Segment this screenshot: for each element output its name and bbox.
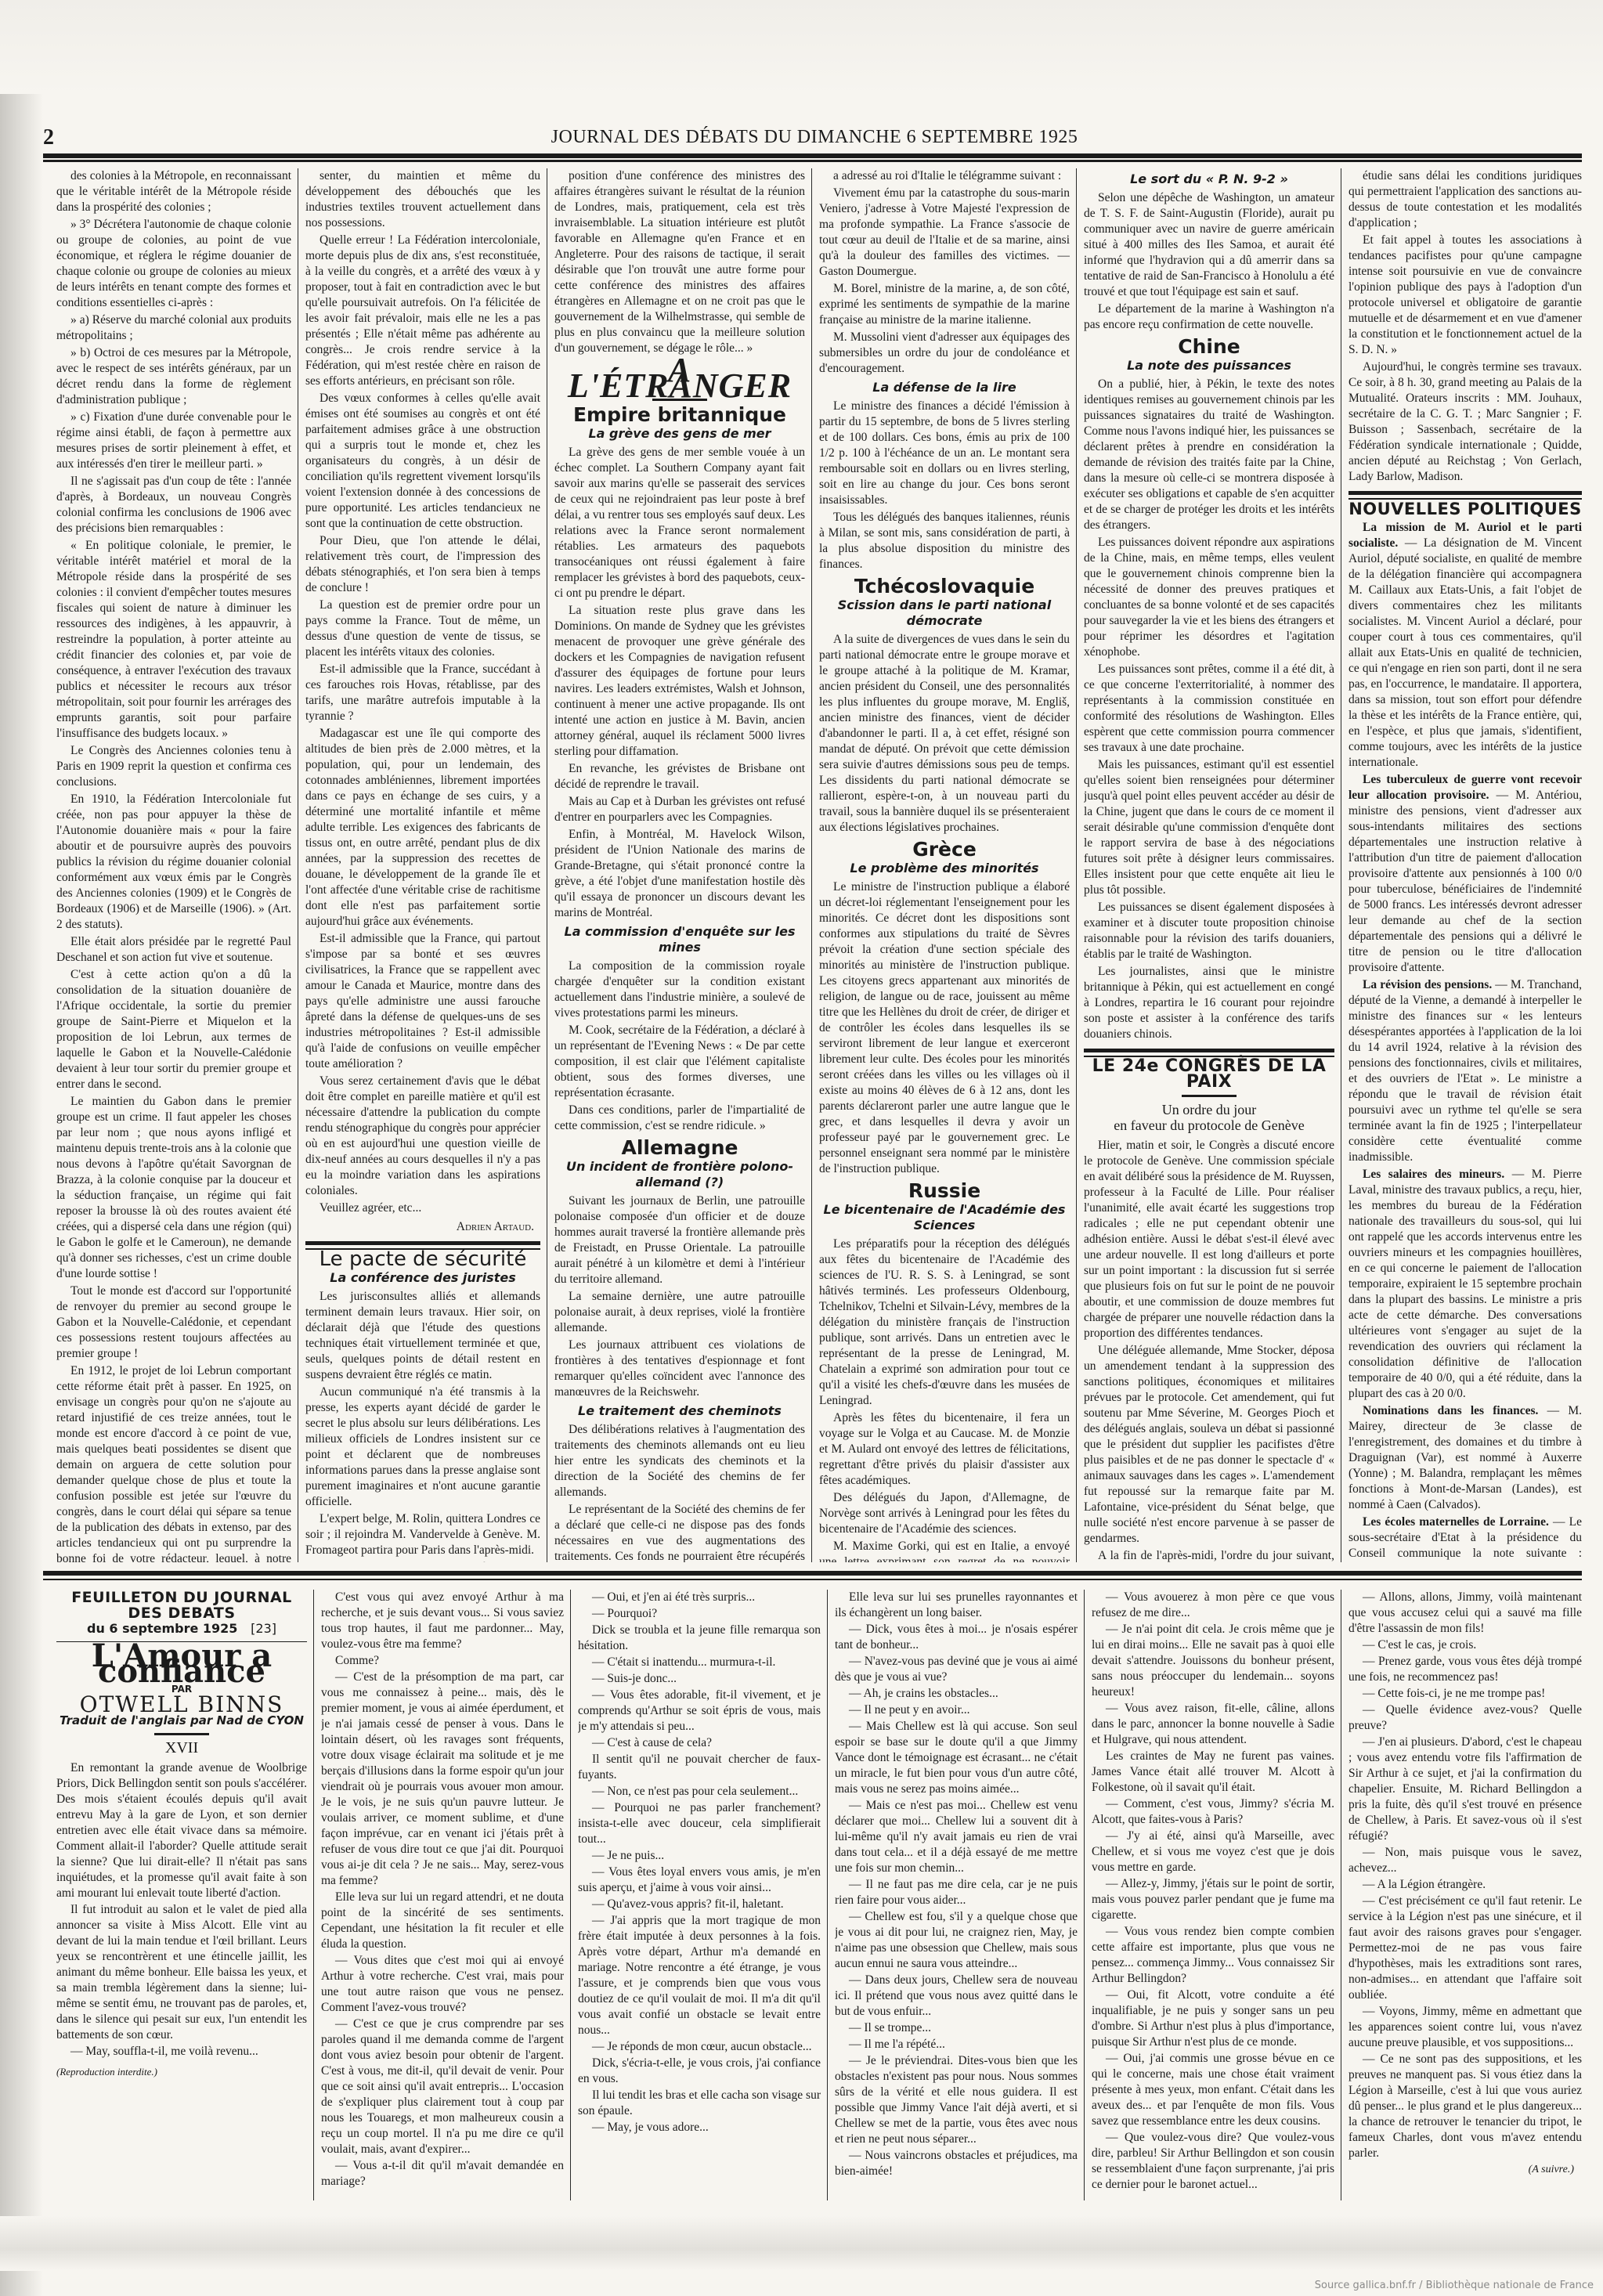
column-3: position d'une conférence des ministres … xyxy=(554,168,805,1562)
article-subtitle: Le bicentenaire de l'Académie des Scienc… xyxy=(819,1202,1070,1233)
article-subtitle: La grève des gens de mer xyxy=(554,426,805,442)
paragraph: Hier, matin et soir, le Congrès a discut… xyxy=(1084,1138,1334,1341)
paragraph: Des vœux conformes à celles qu'elle avai… xyxy=(305,391,540,532)
paragraph: La question est de premier ordre pour un… xyxy=(305,597,540,660)
paragraph: — Vous êtes loyal envers vous amis, je m… xyxy=(578,1865,821,1896)
column-divider xyxy=(547,168,547,1562)
paragraph: Après les fêtes du bicentenaire, il fera… xyxy=(819,1410,1070,1489)
article-subtitle: La commission d'enquête sur les mines xyxy=(554,924,805,955)
paragraph: — Mais Chellew est là qui accuse. Son se… xyxy=(835,1719,1078,1797)
feuilleton-column-1: FEUILLETON DU JOURNAL DES DEBATS du 6 se… xyxy=(56,1590,307,2200)
paragraph: Les craintes de May ne furent pas vaines… xyxy=(1092,1749,1334,1796)
paragraph: Il sentit qu'il ne pouvait chercher de f… xyxy=(578,1752,821,1783)
paragraph: C'est vous qui avez envoyé Arthur à ma r… xyxy=(321,1590,564,1652)
column-divider xyxy=(1084,1590,1085,2200)
section-title-nouvelles-politiques: NOUVELLES POLITIQUES xyxy=(1348,501,1582,517)
source-credit: Source gallica.bnf.fr / Bibliothèque nat… xyxy=(1315,2280,1594,2291)
paragraph: L'expert belge, M. Rolin, quittera Londr… xyxy=(305,1511,540,1558)
paragraph: — Vous a-t-il dit qu'il m'avait demandée… xyxy=(321,2158,564,2190)
paragraph: Des délibérations relatives à l'augmenta… xyxy=(554,1422,805,1500)
news-item-title: Les écoles maternelles de Lorraine. xyxy=(1363,1515,1549,1529)
paragraph: M. Cook, secrétaire de la Fédération, a … xyxy=(554,1023,805,1101)
article-subtitle: Scission dans le parti national démocrat… xyxy=(819,597,1070,629)
paragraph: En revanche, les grévistes de Brisbane o… xyxy=(554,761,805,792)
news-item-text: — M. Pierre Laval, ministre des travaux … xyxy=(1348,1168,1582,1400)
paragraph: — C'est précisément ce qu'il faut reteni… xyxy=(1348,1893,1582,2003)
paragraph: — C'était si inattendu... murmura-t-il. xyxy=(578,1655,821,1670)
paragraph: — Allez-y, Jimmy, j'étais sur le point d… xyxy=(1092,1876,1334,1923)
paragraph: Les puissances doivent répondre aux aspi… xyxy=(1084,535,1334,660)
news-item-text: — M. Tranchand, député de la Vienne, a d… xyxy=(1348,978,1582,1164)
novel-translator: Traduit de l'anglais par Nad de CYON xyxy=(56,1713,307,1728)
paragraph: — Vous avouerez à mon père ce que vous r… xyxy=(1092,1590,1334,1621)
paragraph: En 1912, le projet de loi Lebrun comport… xyxy=(56,1363,291,1562)
paragraph: — Que voulez-vous dire? Que voulez-vous … xyxy=(1092,2130,1334,2193)
congres-subtitle-2: en faveur du protocole de Genève xyxy=(1084,1117,1334,1133)
column-1: des colonies à la Métropole, en reconnai… xyxy=(56,168,291,1562)
article-subtitle: La note des puissances xyxy=(1084,358,1334,374)
news-item-title: Nominations dans les finances. xyxy=(1363,1404,1538,1417)
paragraph: Dick se troubla et la jeune fille remarq… xyxy=(578,1623,821,1654)
feuilleton-column-6: — Allons, allons, Jimmy, voilà maintenan… xyxy=(1348,1590,1582,2200)
paragraph: » c) Fixation d'une durée convenable pou… xyxy=(56,410,291,472)
novel-title: L'Amour a confiance xyxy=(56,1648,307,1680)
paragraph: Quelle erreur ! La Fédération intercolon… xyxy=(305,233,540,389)
congres-subtitle-1: Un ordre du jour xyxy=(1084,1102,1334,1117)
paragraph: Suivant les journaux de Berlin, une patr… xyxy=(554,1193,805,1287)
paragraph: — Chellew est fou, s'il y a quelque chos… xyxy=(835,1909,1078,1972)
paragraph: Pour Dieu, que l'on attende le délai, re… xyxy=(305,533,540,596)
signature: Adrien Artaud. xyxy=(312,1219,534,1235)
paragraph: — C'est le cas, je crois. xyxy=(1348,1637,1582,1653)
paragraph: Elle leva sur lui ses prunelles rayonnan… xyxy=(835,1590,1078,1621)
paragraph: senter, du maintien et même du développe… xyxy=(305,168,540,231)
feuilleton-column-4: Elle leva sur lui ses prunelles rayonnan… xyxy=(835,1590,1078,2200)
article-subtitle: Un incident de frontière polono-allemand… xyxy=(554,1159,805,1190)
paragraph: — Oui, fit Alcott, votre conduite a été … xyxy=(1092,1987,1334,2050)
paragraph: M. Borel, ministre de la marine, a, de s… xyxy=(819,281,1070,328)
news-item: Les écoles maternelles de Lorraine. — Le… xyxy=(1348,1514,1582,1562)
paragraph: — Oui, j'ai commis une grosse bévue en c… xyxy=(1092,2051,1334,2129)
paragraph: En remontant la grande avenue de Woolbri… xyxy=(56,1760,307,1901)
paragraph: étudie sans délai les conditions juridiq… xyxy=(1348,168,1582,231)
paragraph: — C'est de la présomption de ma part, ca… xyxy=(321,1670,564,1889)
article-subtitle: Le problème des minorités xyxy=(819,861,1070,876)
paragraph: Le ministre de l'instruction publique a … xyxy=(819,879,1070,1177)
paragraph: En 1910, la Fédération Intercoloniale fu… xyxy=(56,792,291,933)
title-rule xyxy=(154,1733,209,1735)
column-divider xyxy=(811,168,812,1562)
paragraph: — Vous vous rendez bien compte combien c… xyxy=(1092,1924,1334,1987)
pacte-subtitle-1: La conférence des juristes xyxy=(305,1270,540,1286)
column-divider xyxy=(1341,1590,1341,2200)
paragraph: position d'une conférence des ministres … xyxy=(554,168,805,356)
title-rule xyxy=(1182,1095,1237,1097)
paragraph: Tous les délégués des banques italiennes… xyxy=(819,510,1070,572)
paragraph: On a publié, hier, à Pékin, le texte des… xyxy=(1084,377,1334,533)
article-subtitle: Le sort du « P. N. 9-2 » xyxy=(1084,171,1334,187)
section-rule xyxy=(1084,1049,1334,1052)
feuilleton-rule xyxy=(43,1571,1582,1576)
feuilleton-header: FEUILLETON DU JOURNAL DES DEBATS xyxy=(56,1590,307,1621)
article-subtitle: La défense de la lire xyxy=(819,380,1070,395)
paragraph: » 3° Décrétera l'autonomie de chaque col… xyxy=(56,217,291,311)
column-divider xyxy=(298,168,298,1562)
paragraph: Comme? xyxy=(321,1653,564,1669)
a-suivre: (A suivre.) xyxy=(1348,2162,1574,2178)
paragraph: Le ministre des finances a décidé l'émis… xyxy=(819,399,1070,508)
novel-author: OTWELL BINNS xyxy=(56,1697,307,1713)
paragraph: — Suis-je donc... xyxy=(578,1671,821,1687)
paragraph: Aucun communiqué n'a été transmis à la p… xyxy=(305,1384,540,1510)
paragraph: Les puissances sont prêtes, comme il a é… xyxy=(1084,662,1334,756)
section-title-etranger: A L'ÉTRANGER xyxy=(554,363,805,394)
page-header: 2 JOURNAL DES DÉBATS DU DIMANCHE 6 SEPTE… xyxy=(43,125,1586,149)
paragraph: Selon une dépêche de Washington, un amat… xyxy=(1084,190,1334,300)
paragraph: Les puissances se disent également dispo… xyxy=(1084,900,1334,962)
paragraph: — N'avez-vous pas deviné que je vous ai … xyxy=(835,1654,1078,1685)
paragraph: C'est à cette action qu'on a dû la conso… xyxy=(56,967,291,1092)
paragraph: — J'ai appris que la mort tragique de mo… xyxy=(578,1913,821,2038)
country-heading: Chine xyxy=(1084,339,1334,355)
news-item-title: La révision des pensions. xyxy=(1363,978,1492,991)
paragraph: Le département de la marine à Washington… xyxy=(1084,301,1334,333)
paragraph: Et fait appel à toutes les associations … xyxy=(1348,233,1582,358)
paragraph: — Il ne faut pas me dire cela, car je ne… xyxy=(835,1877,1078,1908)
paragraph: — C'est ce que je crus comprendre par se… xyxy=(321,2016,564,2157)
paragraph: D'autre part, un communiqué officieux al… xyxy=(305,1560,540,1562)
paragraph: — Mais ce n'est pas moi... Chellew est v… xyxy=(835,1798,1078,1876)
paragraph: Le maintien du Gabon dans le premier gro… xyxy=(56,1094,291,1282)
paragraph: Elle était alors présidée par le regrett… xyxy=(56,934,291,966)
news-item-text: — La désignation de M. Vincent Auriol, d… xyxy=(1348,536,1582,769)
chapter-number: XVII xyxy=(56,1740,307,1756)
paragraph: Est-il admissible que la France, succéda… xyxy=(305,662,540,724)
pacte-title: Le pacte de sécurité xyxy=(305,1251,540,1267)
column-5: Le sort du « P. N. 9-2 » Selon une dépêc… xyxy=(1084,168,1334,1562)
feuilleton-column-5: — Vous avouerez à mon père ce que vous r… xyxy=(1092,1590,1334,2200)
paragraph: — Dick, vous êtes à moi... je n'osais es… xyxy=(835,1622,1078,1653)
news-item: La mission de M. Auriol et le parti soci… xyxy=(1348,520,1582,771)
paragraph: — J'en ai plusieurs. D'abord, c'est le c… xyxy=(1348,1735,1582,1844)
paragraph: — Il se trompe... xyxy=(835,2020,1078,2036)
paragraph: Enfin, à Montréal, M. Havelock Wilson, p… xyxy=(554,827,805,921)
country-heading: Allemagne xyxy=(554,1140,805,1156)
paragraph: — Je réponds de mon cœur, aucun obstacle… xyxy=(578,2039,821,2055)
paragraph: — May, je vous adore... xyxy=(578,2120,821,2135)
column-divider xyxy=(1076,168,1077,1562)
paragraph: — Pourquoi ne pas parler franchement? in… xyxy=(578,1800,821,1847)
column-divider xyxy=(570,1590,571,2200)
news-item: Les tuberculeux de guerre vont recevoir … xyxy=(1348,772,1582,976)
paragraph: A la suite de divergences de vues dans l… xyxy=(819,632,1070,836)
paragraph: Les journaux attribuent ces violations d… xyxy=(554,1338,805,1400)
scan-top-margin xyxy=(0,0,1603,94)
paragraph: — Voyons, Jimmy, même en admettant que l… xyxy=(1348,2004,1582,2051)
reproduction-notice: (Reproduction interdite.) xyxy=(56,2064,307,2080)
column-divider xyxy=(1341,168,1341,1562)
paragraph: La situation reste plus grave dans les D… xyxy=(554,603,805,760)
paragraph: Mais les puissances, estimant qu'il est … xyxy=(1084,757,1334,898)
column-divider xyxy=(827,1590,828,2200)
country-heading: Tchécoslovaquie xyxy=(819,579,1070,594)
scan-page-edge xyxy=(0,0,43,2296)
scan-bottom-margin xyxy=(0,2216,1603,2271)
paragraph: — Vous avez raison, fit-elle, câline, al… xyxy=(1092,1701,1334,1748)
feuilleton-date-text: du 6 septembre 1925 xyxy=(87,1621,237,1636)
installment-number: [23] xyxy=(251,1621,276,1636)
paragraph: « En politique coloniale, le premier, le… xyxy=(56,538,291,742)
feuilleton-column-3: — Oui, et j'en ai été très surpris...— P… xyxy=(578,1590,821,2200)
paragraph: A la fin de l'après-midi, l'ordre du jou… xyxy=(1084,1548,1334,1562)
paragraph: — Prenez garde, vous vous êtes déjà trom… xyxy=(1348,1654,1582,1685)
paragraph: La semaine dernière, une autre patrouill… xyxy=(554,1289,805,1336)
paragraph: — Il ne peut y en avoir... xyxy=(835,1702,1078,1718)
paragraph: » b) Octroi de ces mesures par la Métrop… xyxy=(56,345,291,408)
paragraph: Tout le monde est d'accord sur l'opportu… xyxy=(56,1283,291,1362)
column-4: a adressé au roi d'Italie le télégramme … xyxy=(819,168,1070,1562)
paragraph: Il fut introduit au salon et le valet de… xyxy=(56,1902,307,2043)
paragraph: — Comment, c'est vous, Jimmy? s'écria M.… xyxy=(1092,1796,1334,1828)
paragraph: — A la Légion étrangère. xyxy=(1348,1877,1582,1893)
paragraph: — C'est à cause de cela? xyxy=(578,1735,821,1751)
paragraph: La composition de la commission royale c… xyxy=(554,958,805,1021)
paragraph: — Ce ne sont pas des suppositions, et le… xyxy=(1348,2052,1582,2161)
feuilleton-date: du 6 septembre 1925 [23] xyxy=(56,1621,307,1637)
paragraph: Veuillez agréer, etc... xyxy=(305,1200,540,1216)
paragraph: — Dans deux jours, Chellew sera de nouve… xyxy=(835,1973,1078,2020)
congres-title: LE 24e CONGRÈS DE LA PAIX xyxy=(1084,1059,1334,1090)
paragraph: Dick, s'écria-t-elle, je vous crois, j'a… xyxy=(578,2056,821,2087)
paragraph: — Nous vaincrons obstacles et préjudices… xyxy=(835,2148,1078,2179)
paragraph: a adressé au roi d'Italie le télégramme … xyxy=(819,168,1070,184)
paragraph: — Pourquoi? xyxy=(578,1606,821,1622)
paragraph: Les préparatifs pour la réception des dé… xyxy=(819,1236,1070,1409)
paragraph: Le Congrès des Anciennes colonies tenu à… xyxy=(56,743,291,790)
paragraph: » a) Réserve du marché colonial aux prod… xyxy=(56,312,291,344)
paragraph: M. Mussolini vient d'adresser aux équipa… xyxy=(819,330,1070,377)
paragraph: — Non, ce n'est pas pour cela seulement.… xyxy=(578,1784,821,1800)
paragraph: — Je ne puis... xyxy=(578,1848,821,1864)
paragraph: Il lui tendit les bras et elle cacha son… xyxy=(578,2088,821,2119)
section-rule xyxy=(305,1241,540,1245)
news-item-text: — M. Antériou, ministre des pensions, vi… xyxy=(1348,789,1582,974)
paragraph: Des délégués du Japon, d'Allemagne, de N… xyxy=(819,1490,1070,1537)
column-2: senter, du maintien et même du développe… xyxy=(305,168,540,1562)
paragraph: Madagascar est une île qui comporte des … xyxy=(305,726,540,930)
paragraph: — Oui, et j'en ai été très surpris... xyxy=(578,1590,821,1605)
paragraph: — Allons, allons, Jimmy, voilà maintenan… xyxy=(1348,1590,1582,1637)
paragraph: Vivement ému par la catastrophe du sous-… xyxy=(819,186,1070,280)
header-rule xyxy=(43,153,1582,160)
paragraph: Le représentant de la Société des chemin… xyxy=(554,1502,805,1562)
paragraph: — Je n'ai point dit cela. Je crois même … xyxy=(1092,1622,1334,1700)
news-item-title: Les salaires des mineurs. xyxy=(1363,1168,1504,1181)
paragraph: Mais au Cap et à Durban les grévistes on… xyxy=(554,794,805,825)
section-rule xyxy=(1348,491,1582,495)
paragraph: — Qu'avez-vous appris? fit-il, haletant. xyxy=(578,1897,821,1912)
paragraph: des colonies à la Métropole, en reconnai… xyxy=(56,168,291,215)
country-heading: Russie xyxy=(819,1183,1070,1199)
paragraph: — Je le préviendrai. Dites-vous bien que… xyxy=(835,2053,1078,2147)
column-6: étudie sans délai les conditions juridiq… xyxy=(1348,168,1582,1562)
paragraph: — Non, mais puisque vous le savez, achev… xyxy=(1348,1845,1582,1876)
paragraph: — Cette fois-ci, je ne me trompe pas! xyxy=(1348,1686,1582,1702)
paragraph: — Vous êtes adorable, fit-il vivement, e… xyxy=(578,1688,821,1735)
paragraph: — Ah, je crains les obstacles... xyxy=(835,1686,1078,1702)
paragraph: La grève des gens de mer semble vouée à … xyxy=(554,445,805,601)
news-item-text: — M. Mairey, directeur de 3e classe de l… xyxy=(1348,1404,1582,1511)
paragraph: Les jurisconsultes alliés et allemands t… xyxy=(305,1289,540,1383)
paragraph: — J'y ai été, ainsi qu'à Marseille, avec… xyxy=(1092,1828,1334,1875)
paragraph: — May, souffla-t-il, me voilà revenu... xyxy=(56,2044,307,2060)
news-item: Les salaires des mineurs. — M. Pierre La… xyxy=(1348,1167,1582,1402)
news-item: Nominations dans les finances. — M. Mair… xyxy=(1348,1403,1582,1513)
column-divider xyxy=(313,1590,314,2200)
paragraph: Aujourd'hui, le congrès termine ses trav… xyxy=(1348,359,1582,485)
paragraph: M. Maxime Gorki, qui est en Italie, a en… xyxy=(819,1539,1070,1562)
paragraph: Dans ces conditions, parler de l'imparti… xyxy=(554,1103,805,1134)
paragraph: Vous serez certainement d'avis que le dé… xyxy=(305,1074,540,1199)
paragraph: Elle leva sur lui un regard attendri, et… xyxy=(321,1890,564,1952)
feuilleton-column-2: C'est vous qui avez envoyé Arthur à ma r… xyxy=(321,1590,564,2200)
paragraph: Il ne s'agissait pas d'un coup de tête :… xyxy=(56,474,291,536)
article-subtitle: Le traitement des cheminots xyxy=(554,1403,805,1419)
masthead-title: JOURNAL DES DÉBATS DU DIMANCHE 6 SEPTEMB… xyxy=(43,127,1586,148)
news-item: La révision des pensions. — M. Tranchand… xyxy=(1348,977,1582,1165)
paragraph: — Il me l'a répété... xyxy=(835,2037,1078,2052)
country-heading: Empire britannique xyxy=(554,407,805,423)
paragraph: Est-il admissible que la France, qui par… xyxy=(305,931,540,1072)
paragraph: Les journalistes, ainsi que le ministre … xyxy=(1084,964,1334,1042)
country-heading: Grèce xyxy=(819,842,1070,857)
paragraph: — Quelle évidence avez-vous? Quelle preu… xyxy=(1348,1702,1582,1734)
paragraph: Une déléguée allemande, Mme Stocker, dép… xyxy=(1084,1343,1334,1547)
paragraph: — Vous dites que c'est moi qui ai envoyé… xyxy=(321,1953,564,2016)
